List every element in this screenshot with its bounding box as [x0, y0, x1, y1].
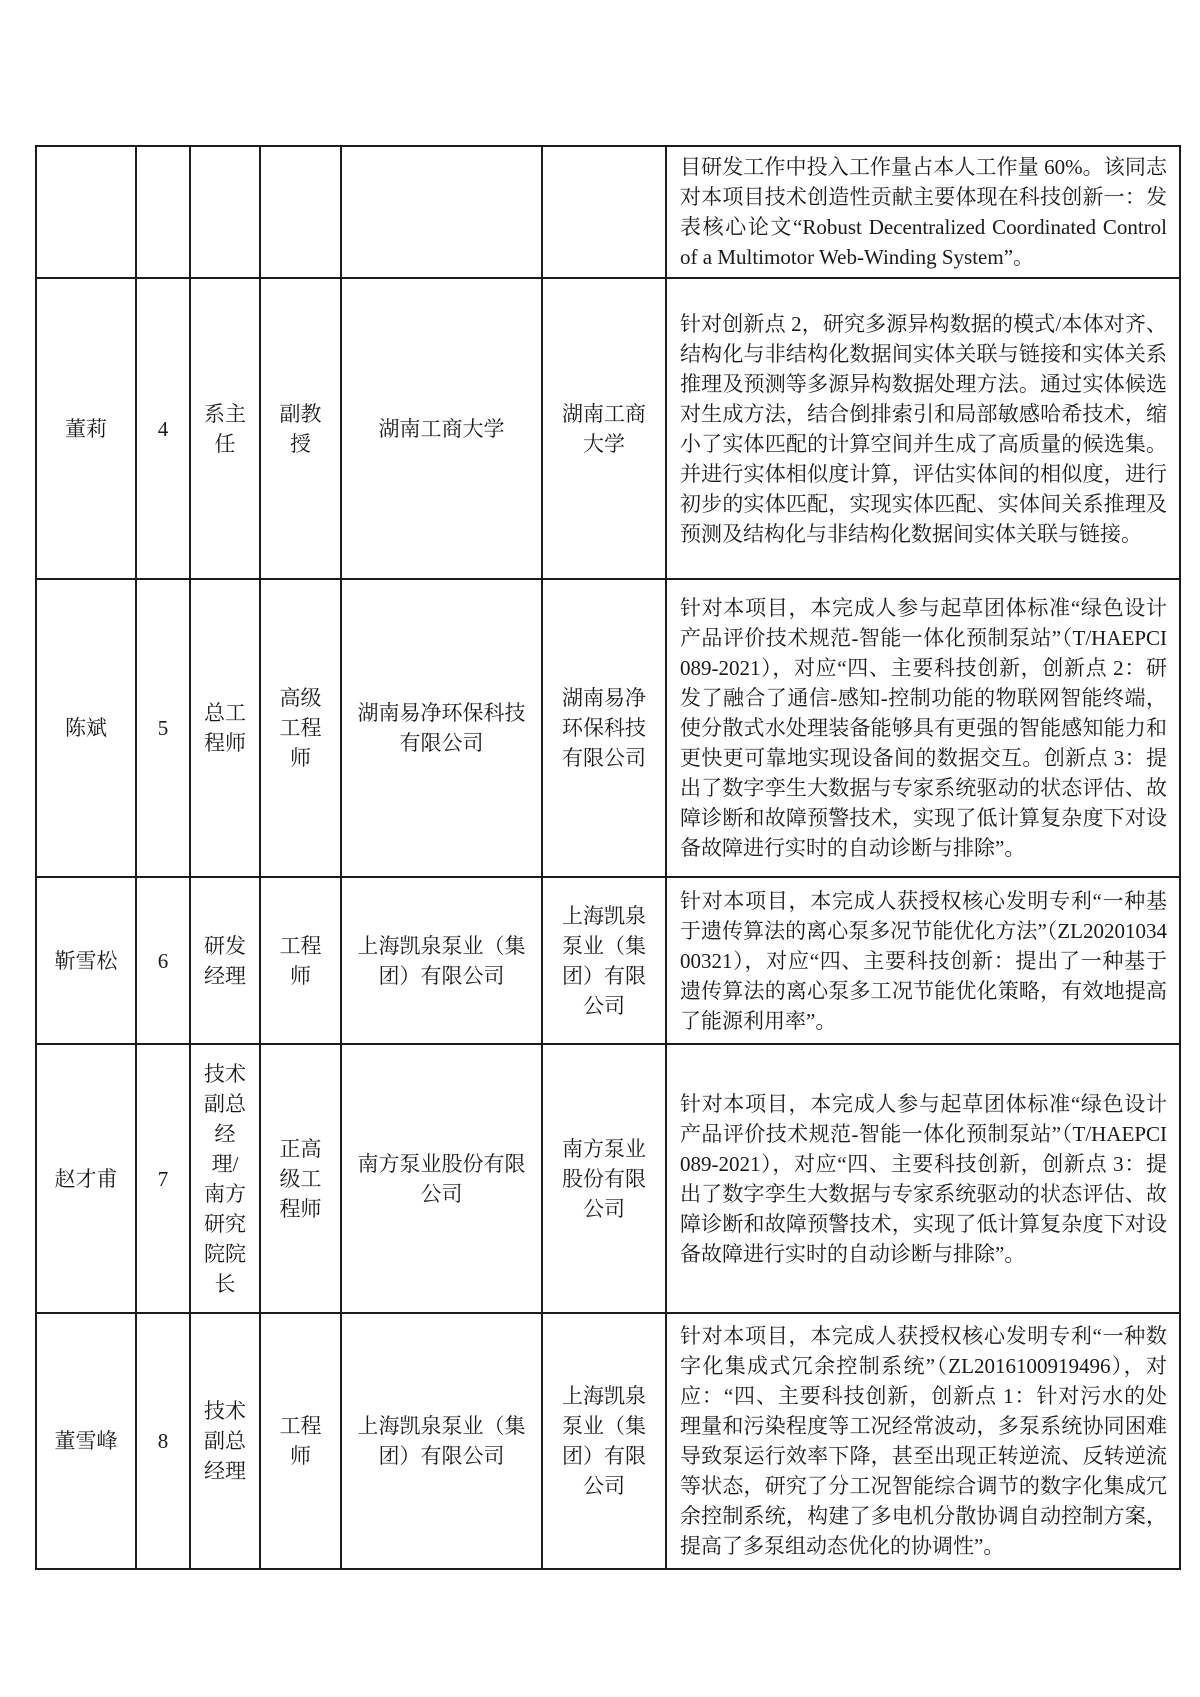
table-row: 靳雪松 6 研发经理 工程师 上海凯泉泵业（集团）有限公司 上海凯泉泵业（集团）…: [36, 877, 1180, 1044]
cell-work-unit: 湖南易净环保科技有限公司: [341, 579, 542, 877]
cell-work-unit: 上海凯泉泵业（集团）有限公司: [341, 877, 542, 1044]
contributors-table: 目研发工作中投入工作量占本人工作量 60%。该同志对本项目技术创造性贡献主要体现…: [35, 145, 1181, 1570]
cell-work-unit: 湖南工商大学: [341, 278, 542, 579]
table-row: 董雪峰 8 技术副总经理 工程师 上海凯泉泵业（集团）有限公司 上海凯泉泵业（集…: [36, 1313, 1180, 1569]
cell-title: 副教授: [260, 278, 341, 579]
table-row: 陈斌 5 总工程师 高级工程师 湖南易净环保科技有限公司 湖南易净环保科技有限公…: [36, 579, 1180, 877]
cell-position: [190, 146, 260, 278]
cell-completion-unit: 上海凯泉泵业（集团）有限公司: [542, 1313, 666, 1569]
cell-rank: 7: [136, 1044, 190, 1313]
table-row: 董莉 4 系主任 副教授 湖南工商大学 湖南工商大学 针对创新点 2，研究多源异…: [36, 278, 1180, 579]
cell-name: 陈斌: [36, 579, 136, 877]
cell-contribution: 针对本项目，本完成人参与起草团体标准“绿色设计产品评价技术规范-智能一体化预制泵…: [666, 579, 1180, 877]
document-page: 目研发工作中投入工作量占本人工作量 60%。该同志对本项目技术创造性贡献主要体现…: [0, 0, 1200, 1697]
cell-completion-unit: [542, 146, 666, 278]
cell-work-unit: [341, 146, 542, 278]
cell-contribution: 目研发工作中投入工作量占本人工作量 60%。该同志对本项目技术创造性贡献主要体现…: [666, 146, 1180, 278]
cell-title: 高级工程师: [260, 579, 341, 877]
cell-rank: [136, 146, 190, 278]
cell-position: 技术副总经理: [190, 1313, 260, 1569]
cell-name: 靳雪松: [36, 877, 136, 1044]
cell-position: 技术副总经理/南方研究院院长: [190, 1044, 260, 1313]
cell-completion-unit: 南方泵业股份有限公司: [542, 1044, 666, 1313]
cell-position: 系主任: [190, 278, 260, 579]
cell-rank: 6: [136, 877, 190, 1044]
cell-contribution: 针对本项目，本完成人参与起草团体标准“绿色设计产品评价技术规范-智能一体化预制泵…: [666, 1044, 1180, 1313]
cell-title: 正高级工程师: [260, 1044, 341, 1313]
cell-name: 赵才甫: [36, 1044, 136, 1313]
cell-contribution: 针对创新点 2，研究多源异构数据的模式/本体对齐、结构化与非结构化数据间实体关联…: [666, 278, 1180, 579]
cell-completion-unit: 湖南易净环保科技有限公司: [542, 579, 666, 877]
cell-completion-unit: 湖南工商大学: [542, 278, 666, 579]
cell-position: 总工程师: [190, 579, 260, 877]
cell-contribution: 针对本项目，本完成人获授权核心发明专利“一种基于遗传算法的离心泵多况节能优化方法…: [666, 877, 1180, 1044]
cell-work-unit: 南方泵业股份有限公司: [341, 1044, 542, 1313]
cell-work-unit: 上海凯泉泵业（集团）有限公司: [341, 1313, 542, 1569]
cell-completion-unit: 上海凯泉泵业（集团）有限公司: [542, 877, 666, 1044]
cell-name: 董莉: [36, 278, 136, 579]
cell-title: 工程师: [260, 877, 341, 1044]
cell-name: 董雪峰: [36, 1313, 136, 1569]
cell-rank: 5: [136, 579, 190, 877]
cell-title: 工程师: [260, 1313, 341, 1569]
cell-name: [36, 146, 136, 278]
cell-title: [260, 146, 341, 278]
cell-rank: 8: [136, 1313, 190, 1569]
cell-position: 研发经理: [190, 877, 260, 1044]
table-row: 目研发工作中投入工作量占本人工作量 60%。该同志对本项目技术创造性贡献主要体现…: [36, 146, 1180, 278]
table-row: 赵才甫 7 技术副总经理/南方研究院院长 正高级工程师 南方泵业股份有限公司 南…: [36, 1044, 1180, 1313]
cell-rank: 4: [136, 278, 190, 579]
cell-contribution: 针对本项目，本完成人获授权核心发明专利“一种数字化集成式冗余控制系统”（ZL20…: [666, 1313, 1180, 1569]
